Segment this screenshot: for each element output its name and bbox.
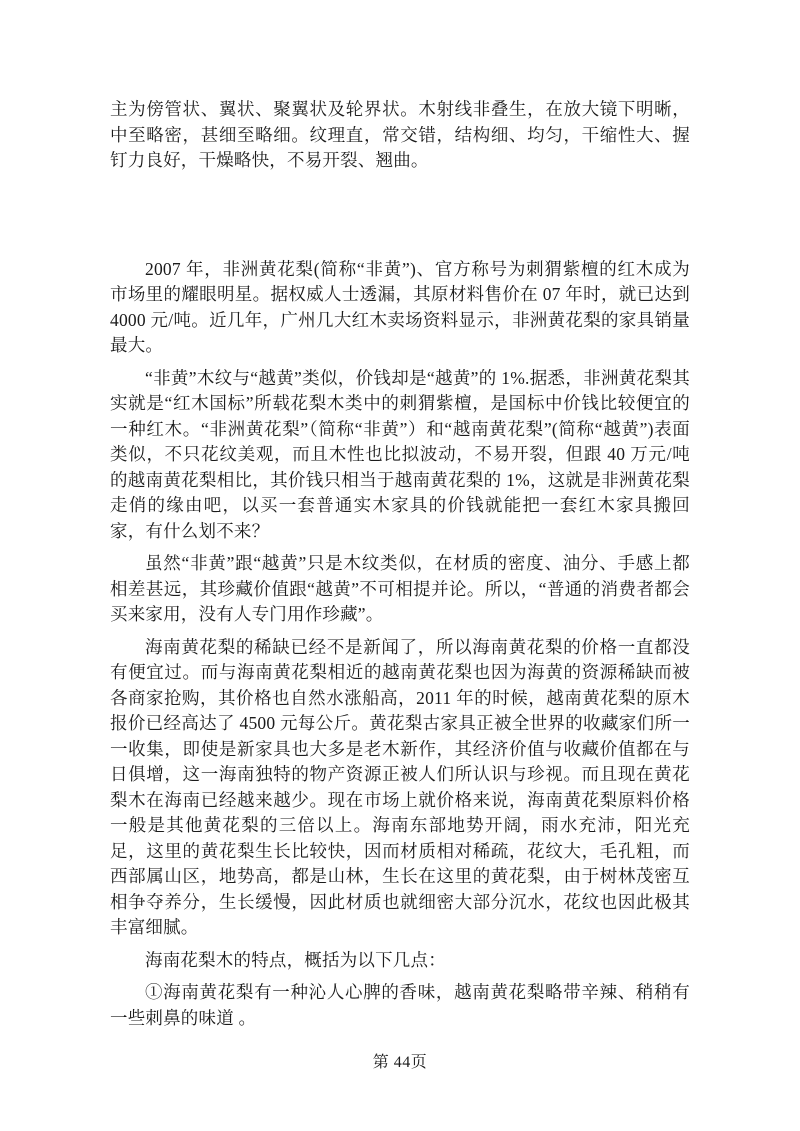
paragraph-2007-market: 2007 年，非洲黄花梨(简称“非黄”)、官方称号为刺猬紫檀的红木成为市场里的耀… [110,257,690,359]
paragraph-collection-value: 虽然“非黄”跟“越黄”只是木纹类似，在材质的密度、油分、手感上都相差甚远，其珍藏… [110,551,690,628]
paragraph-feature-1-fragrance: ①海南黄花梨有一种沁人心脾的香味，越南黄花梨略带辛辣、稍稍有一些刺鼻的味道 。 [110,980,690,1031]
paragraph-feihuang-vs-yuehuang-price: “非黄”木纹与“越黄”类似，价钱却是“越黄”的 1%.据悉，非洲黄花梨其实就是“… [110,366,690,545]
paragraph-wood-structure: 主为傍管状、翼状、聚翼状及轮界状。木射线非叠生，在放大镜下明晰，中至略密，甚细至… [110,97,690,174]
paragraph-hainan-features-intro: 海南花梨木的特点，概括为以下几点： [110,948,690,974]
page-number: 第 44页 [0,1049,800,1072]
paragraph-hainan-scarcity: 海南黄花梨的稀缺已经不是新闻了，所以海南黄花梨的价格一直都没有便宜过。而与海南黄… [110,635,690,941]
section-break [110,181,690,257]
document-body: 主为傍管状、翼状、聚翼状及轮界状。木射线非叠生，在放大镜下明晰，中至略密，甚细至… [110,97,690,1038]
document-page: { "document": { "colors": { "background"… [0,0,800,1131]
